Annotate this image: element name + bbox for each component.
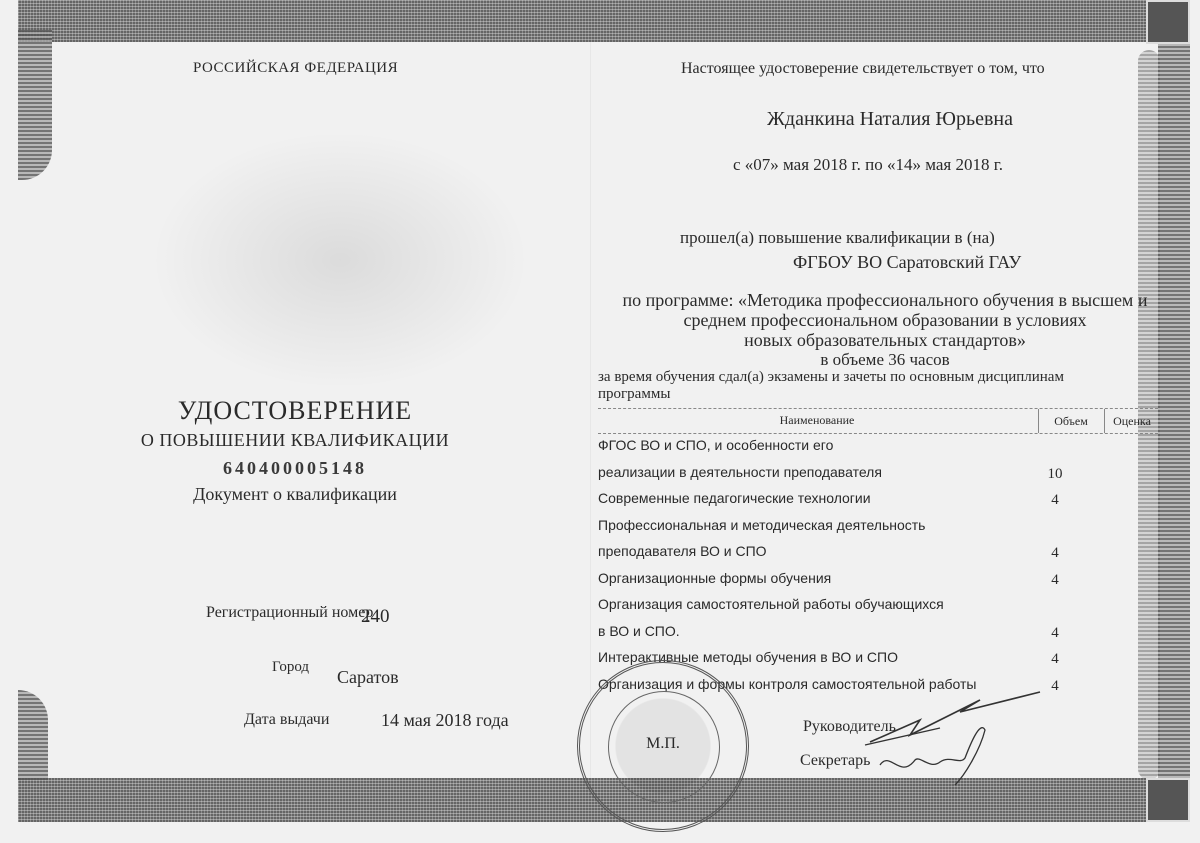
issue-date-label: Дата выдачи — [244, 711, 329, 729]
issue-date-value: 14 мая 2018 года — [381, 710, 509, 731]
table-row-volume: 10 — [1040, 466, 1070, 483]
header-volume: Объем — [1038, 409, 1103, 433]
table-row-name: ФГОС ВО и СПО, и особенности его — [598, 437, 833, 453]
corner-ornament-icon — [1146, 778, 1190, 822]
organization-name: ФГБОУ ВО Саратовский ГАУ — [793, 252, 1021, 273]
table-row-name: реализации в деятельности преподавателя — [598, 464, 882, 480]
table-row-volume: 4 — [1040, 492, 1070, 509]
page-fold — [590, 42, 591, 778]
table-row-name: преподавателя ВО и СПО — [598, 543, 767, 559]
official-stamp: М.П. — [577, 660, 749, 832]
exams-text: за время обучения сдал(а) экзамены и зач… — [598, 369, 1064, 403]
table-row-volume: 4 — [1040, 651, 1070, 668]
person-name: Жданкина Наталия Юрьевна — [767, 108, 1013, 131]
ornamental-frame-left-bottom — [18, 690, 48, 780]
city-value: Саратов — [337, 667, 399, 688]
program-line: новых образовательных стандартов» — [600, 330, 1170, 350]
country-heading: РОССИЙСКАЯ ФЕДЕРАЦИЯ — [193, 60, 398, 77]
document-title: УДОСТОВЕРЕНИЕ — [0, 396, 590, 426]
table-row-name: Организация самостоятельной работы обуча… — [598, 596, 944, 612]
stamp-label: М.П. — [580, 735, 746, 753]
table-row-volume: 4 — [1040, 572, 1070, 589]
registration-number: 240 — [361, 606, 390, 628]
document-subtitle: О ПОВЫШЕНИИ КВАЛИФИКАЦИИ — [0, 430, 590, 451]
exams-line: за время обучения сдал(а) экзамены и зач… — [598, 369, 1064, 386]
handwritten-signatures-icon — [860, 690, 1060, 790]
program-description: по программе: «Методика профессиональног… — [600, 290, 1170, 350]
city-label: Город — [272, 659, 309, 676]
ornamental-frame-top — [18, 0, 1190, 42]
disciplines-table-header: Наименование Объем Оценка — [598, 408, 1158, 434]
table-row-volume: 4 — [1040, 545, 1070, 562]
passed-text: прошел(а) повышение квалификации в (на) — [680, 228, 995, 248]
ornamental-frame-right — [1158, 40, 1190, 780]
intro-text: Настоящее удостоверение свидетельствует … — [681, 60, 1045, 78]
document-number: 640400005148 — [0, 458, 590, 479]
registration-label: Регистрационный номер — [206, 604, 373, 622]
program-volume: в объеме 36 часов — [600, 350, 1170, 370]
corner-ornament-icon — [1146, 0, 1190, 44]
document-kind: Документ о квалификации — [0, 484, 590, 505]
header-grade: Оценка — [1104, 409, 1159, 433]
table-row-name: Профессиональная и методическая деятельн… — [598, 517, 925, 533]
program-line: среднем профессиональном образовании в у… — [600, 310, 1170, 330]
table-row-volume: 4 — [1040, 625, 1070, 642]
header-name: Наименование — [598, 413, 1036, 428]
table-row-name: Организационные формы обучения — [598, 570, 831, 586]
scan-smudge — [150, 130, 530, 390]
table-row-name: в ВО и СПО. — [598, 623, 680, 639]
program-line: по программе: «Методика профессиональног… — [600, 290, 1170, 310]
certificate-document: РОССИЙСКАЯ ФЕДЕРАЦИЯ УДОСТОВЕРЕНИЕ О ПОВ… — [0, 0, 1200, 843]
table-row-name: Современные педагогические технологии — [598, 490, 871, 506]
exams-line: программы — [598, 386, 1064, 403]
training-period: с «07» мая 2018 г. по «14» мая 2018 г. — [733, 155, 1003, 175]
ornamental-frame-left-top — [18, 30, 52, 180]
